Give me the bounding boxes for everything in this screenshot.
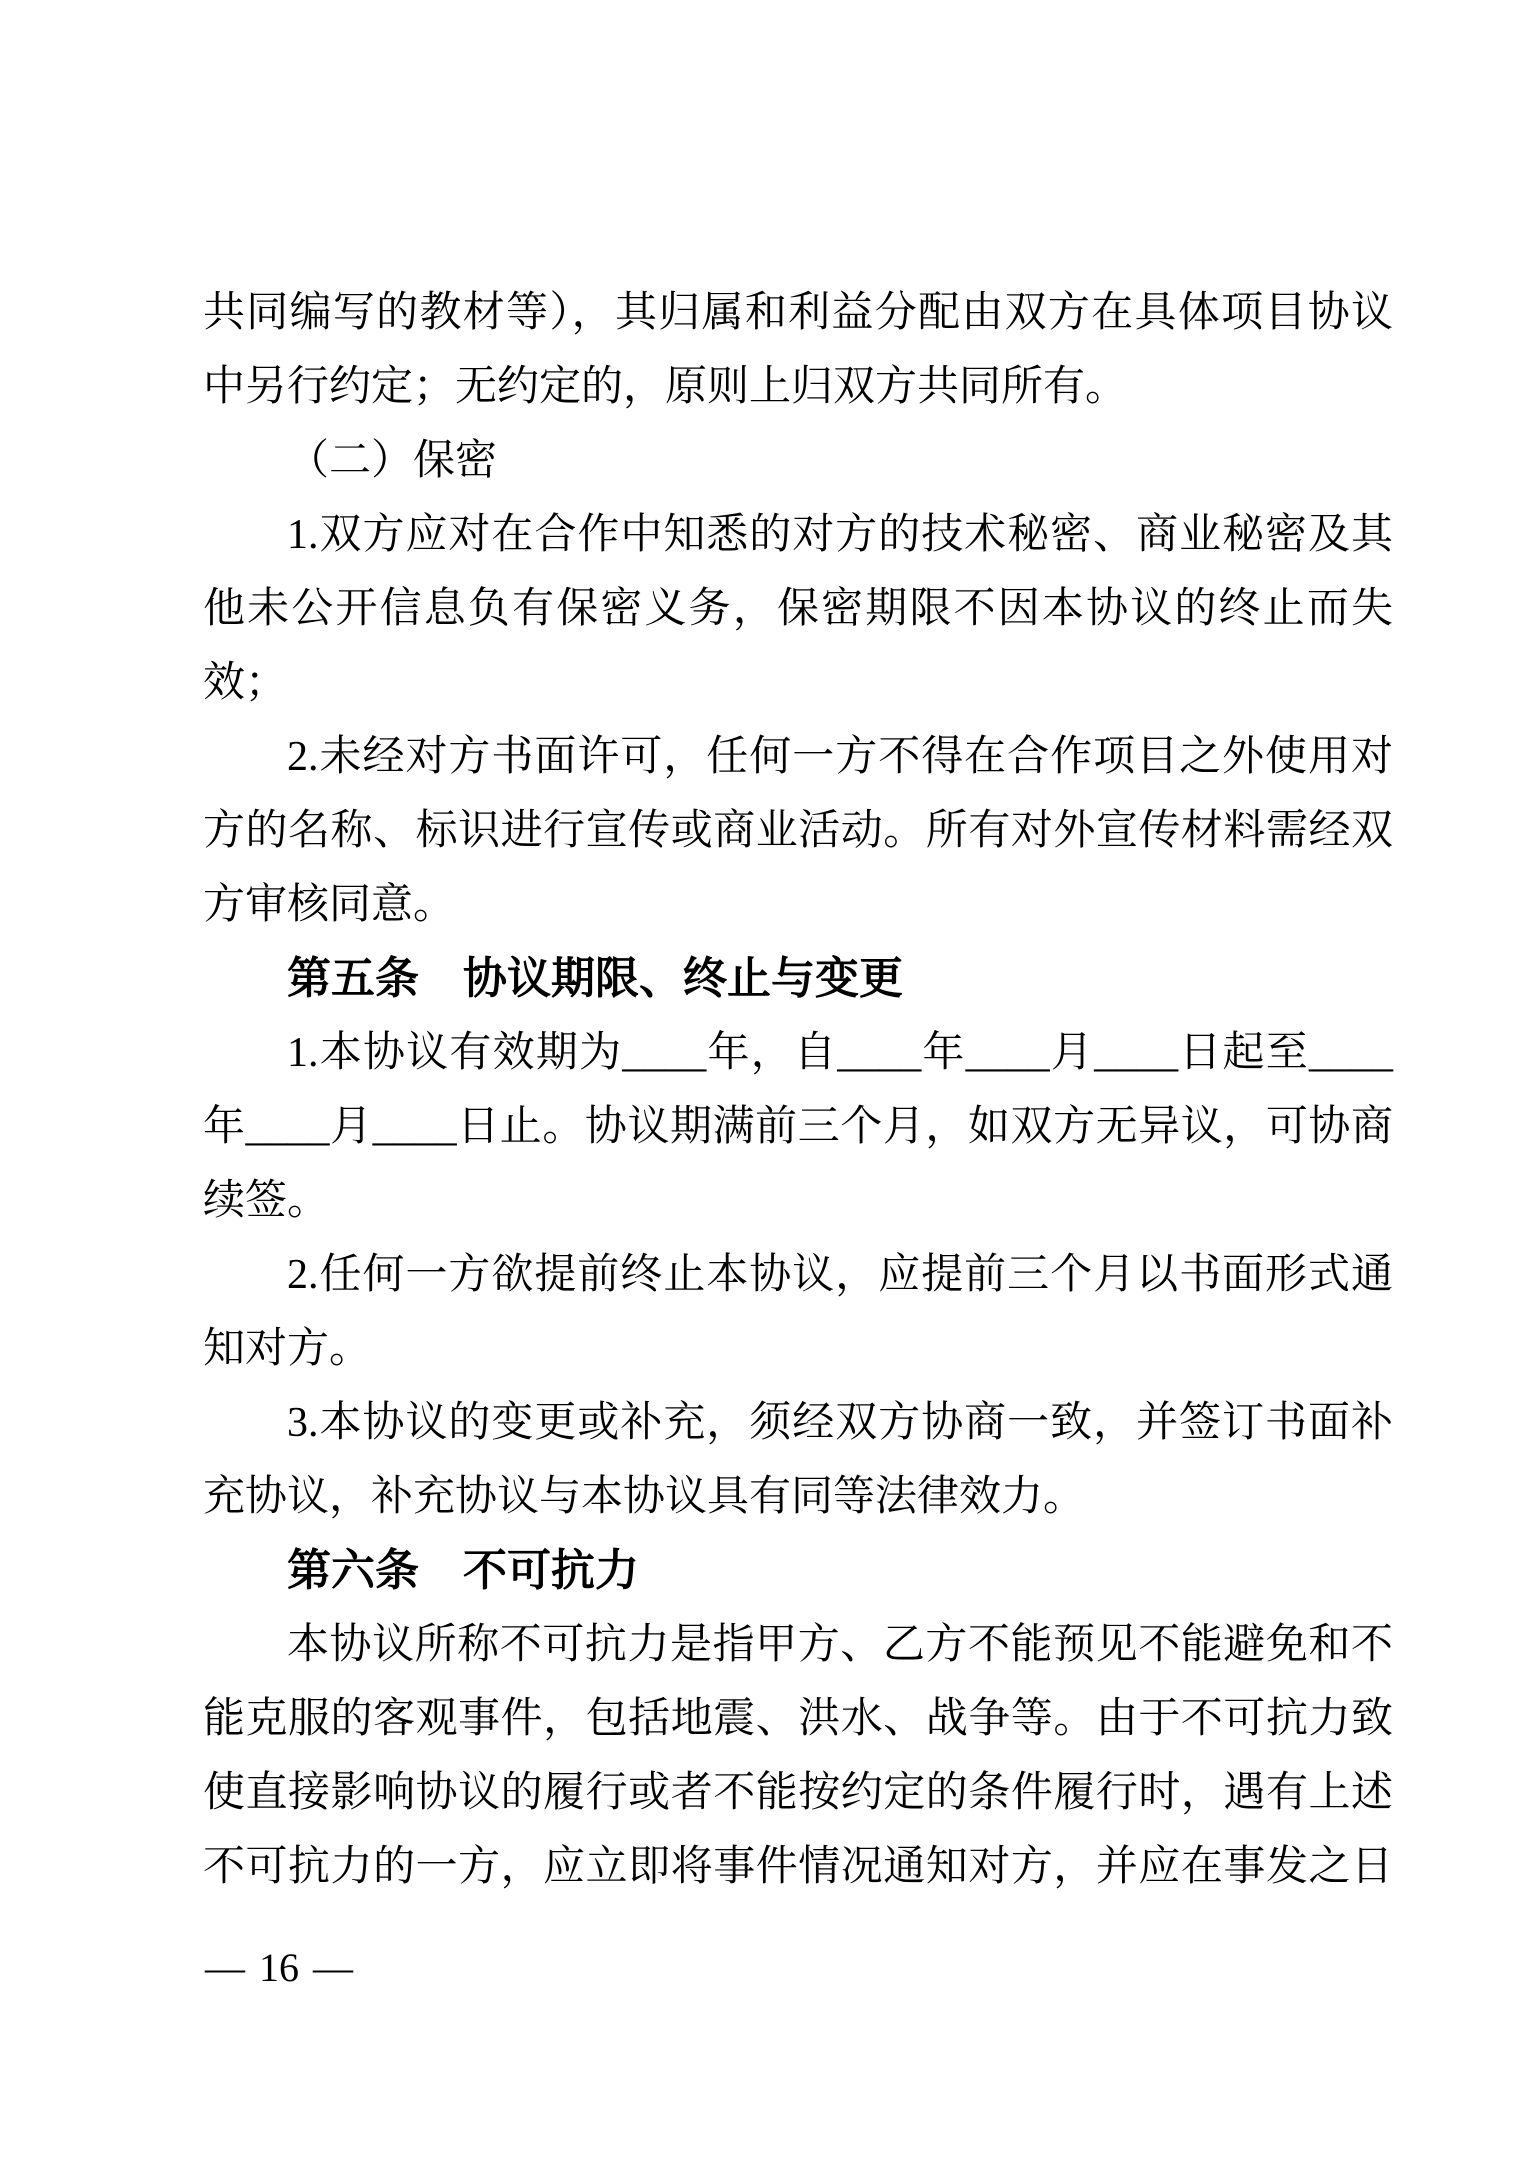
text-line: 1.本协议有效期为____年，自____年____月____日起至____ [203,1016,1393,1090]
text-line: 2.未经对方书面许可，任何一方不得在合作项目之外使用对 [203,720,1393,794]
text-line: 效； [203,646,1393,720]
text-line: 能克服的客观事件，包括地震、洪水、战争等。由于不可抗力致 [203,1682,1393,1756]
text-line: 中另行约定；无约定的，原则上归双方共同所有。 [203,350,1393,424]
section-heading: 第五条 协议期限、终止与变更 [203,942,1393,1016]
text-line: 2.任何一方欲提前终止本协议，应提前三个月以书面形式通 [203,1238,1393,1312]
page-number: 16 [259,1945,299,1990]
text-line: 3.本协议的变更或补充，须经双方协商一致，并签订书面补 [203,1386,1393,1460]
text-line: 方审核同意。 [203,868,1393,942]
document-page: 共同编写的教材等），其归属和利益分配由双方在具体项目协议中另行约定；无约定的，原… [0,0,1536,2171]
text-line: 方的名称、标识进行宣传或商业活动。所有对外宣传材料需经双 [203,794,1393,868]
page-footer: —16— [205,1942,353,1994]
text-line: 本协议所称不可抗力是指甲方、乙方不能预见不能避免和不 [203,1608,1393,1682]
text-line: 充协议，补充协议与本协议具有同等法律效力。 [203,1460,1393,1534]
text-line: 1.双方应对在合作中知悉的对方的技术秘密、商业秘密及其 [203,498,1393,572]
text-line: 知对方。 [203,1312,1393,1386]
text-line: 使直接影响协议的履行或者不能按约定的条件履行时，遇有上述 [203,1756,1393,1830]
text-line: （二）保密 [203,424,1393,498]
text-line: 续签。 [203,1164,1393,1238]
text-line: 共同编写的教材等），其归属和利益分配由双方在具体项目协议 [203,276,1393,350]
text-line: 年____月____日止。协议期满前三个月，如双方无异议，可协商 [203,1090,1393,1164]
text-line: 不可抗力的一方，应立即将事件情况通知对方，并应在事发之日 [203,1830,1393,1904]
text-block: 共同编写的教材等），其归属和利益分配由双方在具体项目协议中另行约定；无约定的，原… [203,276,1393,1904]
footer-dash-left: — [205,1945,245,1990]
text-line: 他未公开信息负有保密义务，保密期限不因本协议的终止而失 [203,572,1393,646]
footer-dash-right: — [313,1945,353,1990]
section-heading: 第六条 不可抗力 [203,1534,1393,1608]
